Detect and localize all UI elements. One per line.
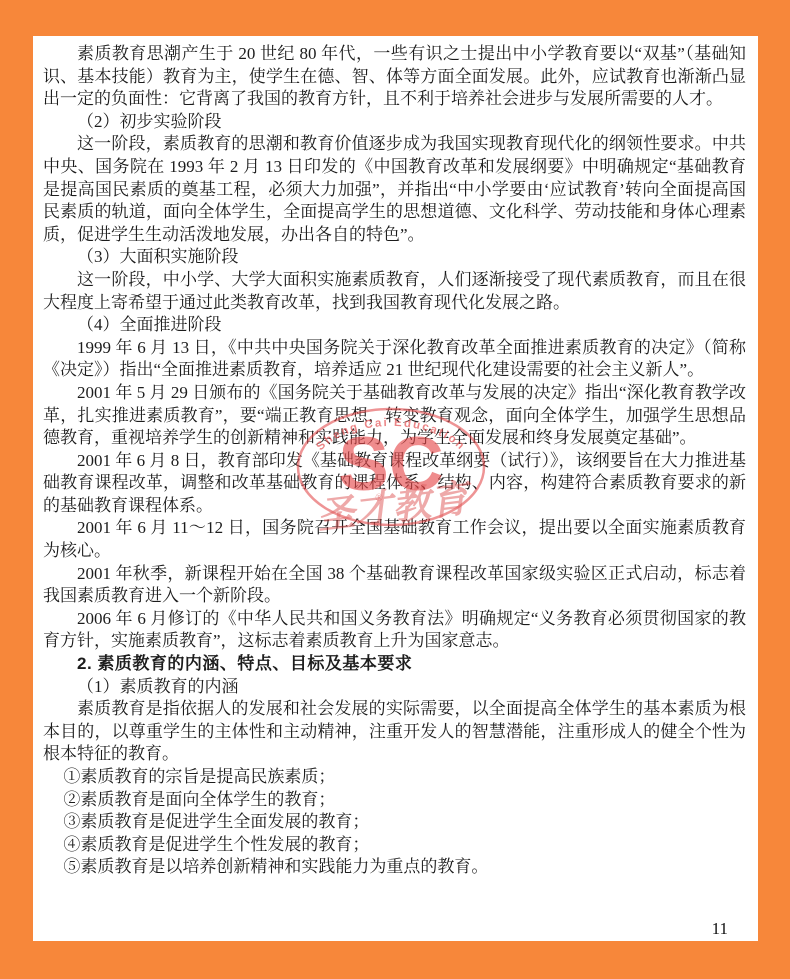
paragraph: 2001 年秋季，新课程开始在全国 38 个基础教育课程改革国家级实验区正式启动…	[43, 563, 746, 608]
section-heading: 2. 素质教育的内涵、特点、目标及基本要求	[43, 653, 746, 676]
paragraph: （4）全面推进阶段	[43, 314, 746, 337]
page-number: 11	[712, 919, 728, 939]
paragraph: 素质教育思潮产生于 20 世纪 80 年代，一些有识之士提出中小学教育要以“双基…	[43, 43, 746, 111]
paragraph: 1999 年 6 月 13 日，《中共中央国务院关于深化教育改革全面推进素质教育…	[43, 337, 746, 382]
document-page: 素质教育思潮产生于 20 世纪 80 年代，一些有识之士提出中小学教育要以“双基…	[33, 36, 758, 941]
paragraph: 2001 年 6 月 11～12 日，国务院召开全国基础教育工作会议，提出要以全…	[43, 517, 746, 562]
paragraph: 这一阶段，素质教育的思潮和教育价值逐步成为我国实现教育现代化的纲领性要求。中共中…	[43, 133, 746, 246]
paragraph: （1）素质教育的内涵	[43, 676, 746, 699]
paragraph: ①素质教育的宗旨是提高民族素质；	[43, 766, 746, 789]
paragraph: ③素质教育是促进学生全面发展的教育；	[43, 811, 746, 834]
document-body: 素质教育思潮产生于 20 世纪 80 年代，一些有识之士提出中小学教育要以“双基…	[43, 43, 746, 879]
paragraph: 素质教育是指依据人的发展和社会发展的实际需要，以全面提高全体学生的基本素质为根本…	[43, 698, 746, 766]
paragraph: ⑤素质教育是以培养创新精神和实践能力为重点的教育。	[43, 856, 746, 879]
paragraph: 2001 年 6 月 8 日，教育部印发《基础教育课程改革纲要（试行）》，该纲要…	[43, 450, 746, 518]
paragraph: 2001 年 5 月 29 日颁布的《国务院关于基础教育改革与发展的决定》指出“…	[43, 382, 746, 450]
paragraph: 这一阶段，中小学、大学大面积实施素质教育，人们逐渐接受了现代素质教育，而且在很大…	[43, 269, 746, 314]
paragraph: 2006 年 6 月修订的《中华人民共和国义务教育法》明确规定“义务教育必须贯彻…	[43, 608, 746, 653]
paragraph: ④素质教育是促进学生个性发展的教育；	[43, 834, 746, 857]
paragraph: ②素质教育是面向全体学生的教育；	[43, 789, 746, 812]
paragraph: （3）大面积实施阶段	[43, 246, 746, 269]
paragraph: （2）初步实验阶段	[43, 111, 746, 134]
